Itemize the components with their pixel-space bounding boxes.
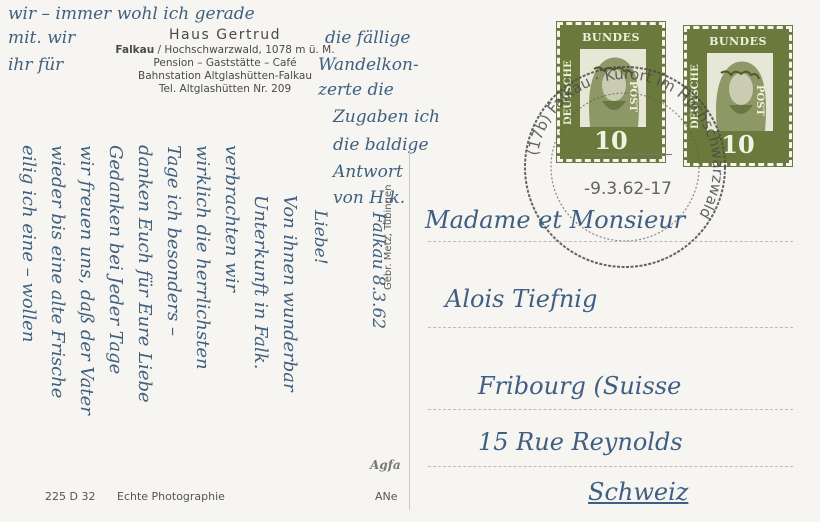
photo-label: Echte Photographie bbox=[117, 490, 225, 503]
message-line: Gedanken bei Jeder Tage bbox=[105, 145, 126, 374]
message-line: danken Euch für Eure Liebe bbox=[134, 145, 155, 403]
stamp-country-right: POST bbox=[754, 85, 765, 116]
series-code: ANe bbox=[375, 490, 398, 503]
message-line: wir – immer wohl ich gerade bbox=[8, 4, 255, 24]
message-line: Zugaben ich bbox=[333, 107, 440, 127]
message-line: wirklich die herrlichsten bbox=[192, 145, 213, 370]
message-line: Tage ich besonders – bbox=[163, 145, 184, 336]
message-line: wieder bis eine alte Frische bbox=[47, 145, 68, 398]
postcard-back: Haus Gertrud Falkau / Hochschwarzwald, 1… bbox=[0, 0, 820, 522]
address-rule bbox=[428, 241, 793, 242]
address-rule bbox=[428, 409, 793, 410]
postmark-date: -9.3.62-17 bbox=[584, 179, 672, 199]
stamp-country-top: BUNDES bbox=[687, 35, 789, 48]
location-rest: / Hochschwarzwald, 1078 m ü. M. bbox=[154, 44, 334, 56]
address-name: Alois Tiefnig bbox=[445, 285, 597, 313]
message-greeting: Liebe! bbox=[310, 210, 330, 265]
agfa-logo: Agfa bbox=[370, 458, 401, 472]
publisher-imprint: Gebr. Metz, Tübingen bbox=[383, 185, 394, 290]
card-code: 225 D 32 bbox=[45, 490, 95, 503]
message-line: Wandelkon- bbox=[318, 55, 419, 75]
address-rule bbox=[428, 466, 793, 467]
address-rule bbox=[428, 327, 793, 328]
address-city: Fribourg (Suisse bbox=[478, 372, 681, 400]
address-country: Schweiz bbox=[588, 478, 688, 506]
message-line: von H.k. bbox=[333, 188, 405, 208]
address-recipient: Madame et Monsieur bbox=[425, 206, 685, 234]
message-line: Unterkunft in Falk. bbox=[250, 195, 271, 369]
stamp-country-top: BUNDES bbox=[560, 31, 662, 44]
message-line: Von ihnen wunderbar bbox=[279, 195, 300, 392]
message-line: verbrachten wir bbox=[221, 145, 242, 292]
message-line: die fällige bbox=[325, 28, 410, 48]
message-line: zerte die bbox=[318, 80, 394, 100]
divider bbox=[409, 150, 410, 510]
message-line: ihr für bbox=[8, 55, 63, 75]
message-line: Antwort bbox=[333, 162, 403, 182]
message-line: mit. wir bbox=[8, 28, 75, 48]
message-line: eilig ich eine – wollen bbox=[18, 145, 39, 342]
address-street: 15 Rue Reynolds bbox=[478, 428, 683, 456]
message-line: die baldige bbox=[333, 135, 429, 155]
message-line: wir freuen uns, daß der Vater bbox=[76, 145, 97, 415]
location-bold: Falkau bbox=[115, 44, 154, 56]
